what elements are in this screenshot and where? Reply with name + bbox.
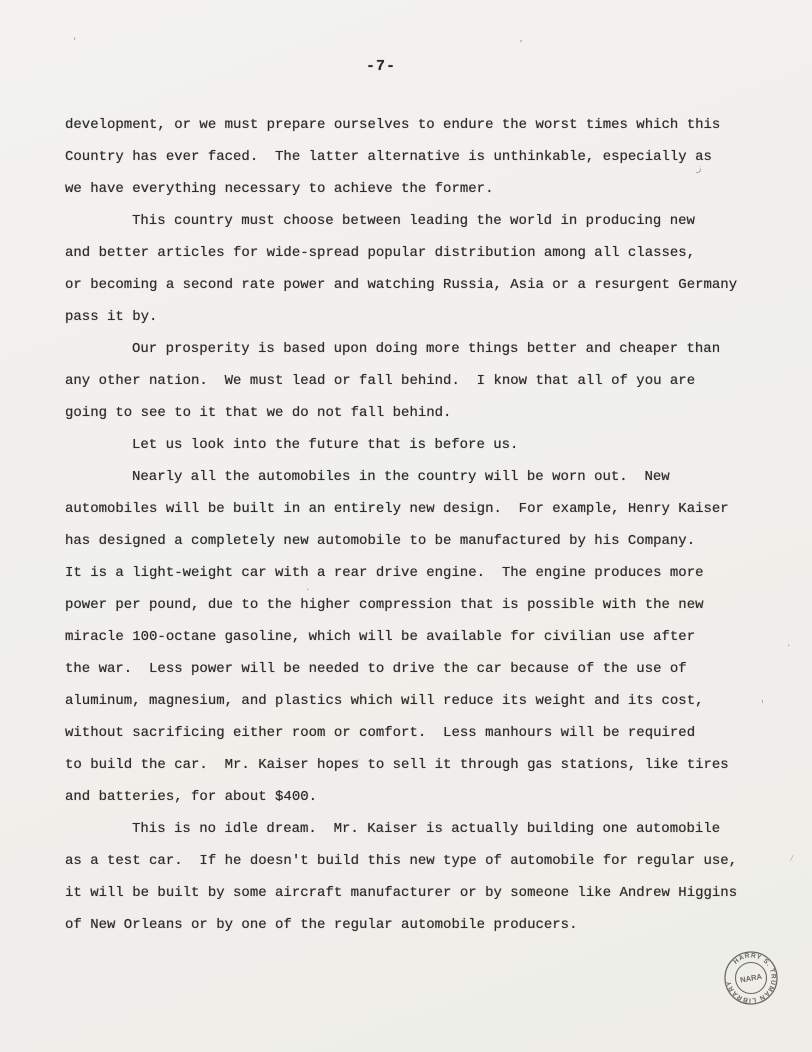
text-line: as a test car. If he doesn't build this …	[65, 845, 765, 877]
text-line: miracle 100-octane gasoline, which will …	[65, 621, 765, 653]
text-line: the war. Less power will be needed to dr…	[65, 653, 765, 685]
text-line: development, or we must prepare ourselve…	[65, 109, 765, 141]
text-line: we have everything necessary to achieve …	[65, 173, 765, 205]
text-line: or becoming a second rate power and watc…	[65, 269, 765, 301]
stamp-center-text: NARA	[739, 972, 763, 985]
document-page: -7- development, or we must prepare ours…	[0, 0, 812, 1052]
paper-speck: ’	[516, 39, 524, 49]
text-line: any other nation. We must lead or fall b…	[65, 365, 765, 397]
text-line: This country must choose between leading…	[65, 205, 765, 237]
paper-speck: ·	[786, 642, 791, 651]
text-line: It is a light-weight car with a rear dri…	[65, 557, 765, 589]
text-line: going to see to it that we do not fall b…	[65, 397, 765, 429]
text-line: This is no idle dream. Mr. Kaiser is act…	[65, 813, 765, 845]
text-line: Our prosperity is based upon doing more …	[65, 333, 765, 365]
paper-speck: ’	[72, 38, 77, 47]
text-line: Nearly all the automobiles in the countr…	[65, 461, 765, 493]
text-line: and batteries, for about $400.	[65, 781, 765, 813]
text-line: without sacrificing either room or comfo…	[65, 717, 765, 749]
document-body: development, or we must prepare ourselve…	[65, 109, 765, 941]
text-line: aluminum, magnesium, and plastics which …	[65, 685, 765, 717]
text-line: of New Orleans or by one of the regular …	[65, 909, 765, 941]
text-line: power per pound, due to the higher compr…	[65, 589, 765, 621]
text-line: automobiles will be built in an entirely…	[65, 493, 765, 525]
text-line: pass it by.	[65, 301, 765, 333]
text-line: it will be built by some aircraft manufa…	[65, 877, 765, 909]
text-line: has designed a completely new automobile…	[65, 525, 765, 557]
text-line: to build the car. Mr. Kaiser hopes to se…	[65, 749, 765, 781]
text-line: Let us look into the future that is befo…	[65, 429, 765, 461]
text-line: Country has ever faced. The latter alter…	[65, 141, 765, 173]
archive-stamp: HARRY S. TRUMAN LIBRARY NARA	[710, 937, 792, 1019]
text-line: and better articles for wide-spread popu…	[65, 237, 765, 269]
page-number: -7-	[366, 58, 396, 75]
paper-speck: ∕	[789, 855, 794, 864]
